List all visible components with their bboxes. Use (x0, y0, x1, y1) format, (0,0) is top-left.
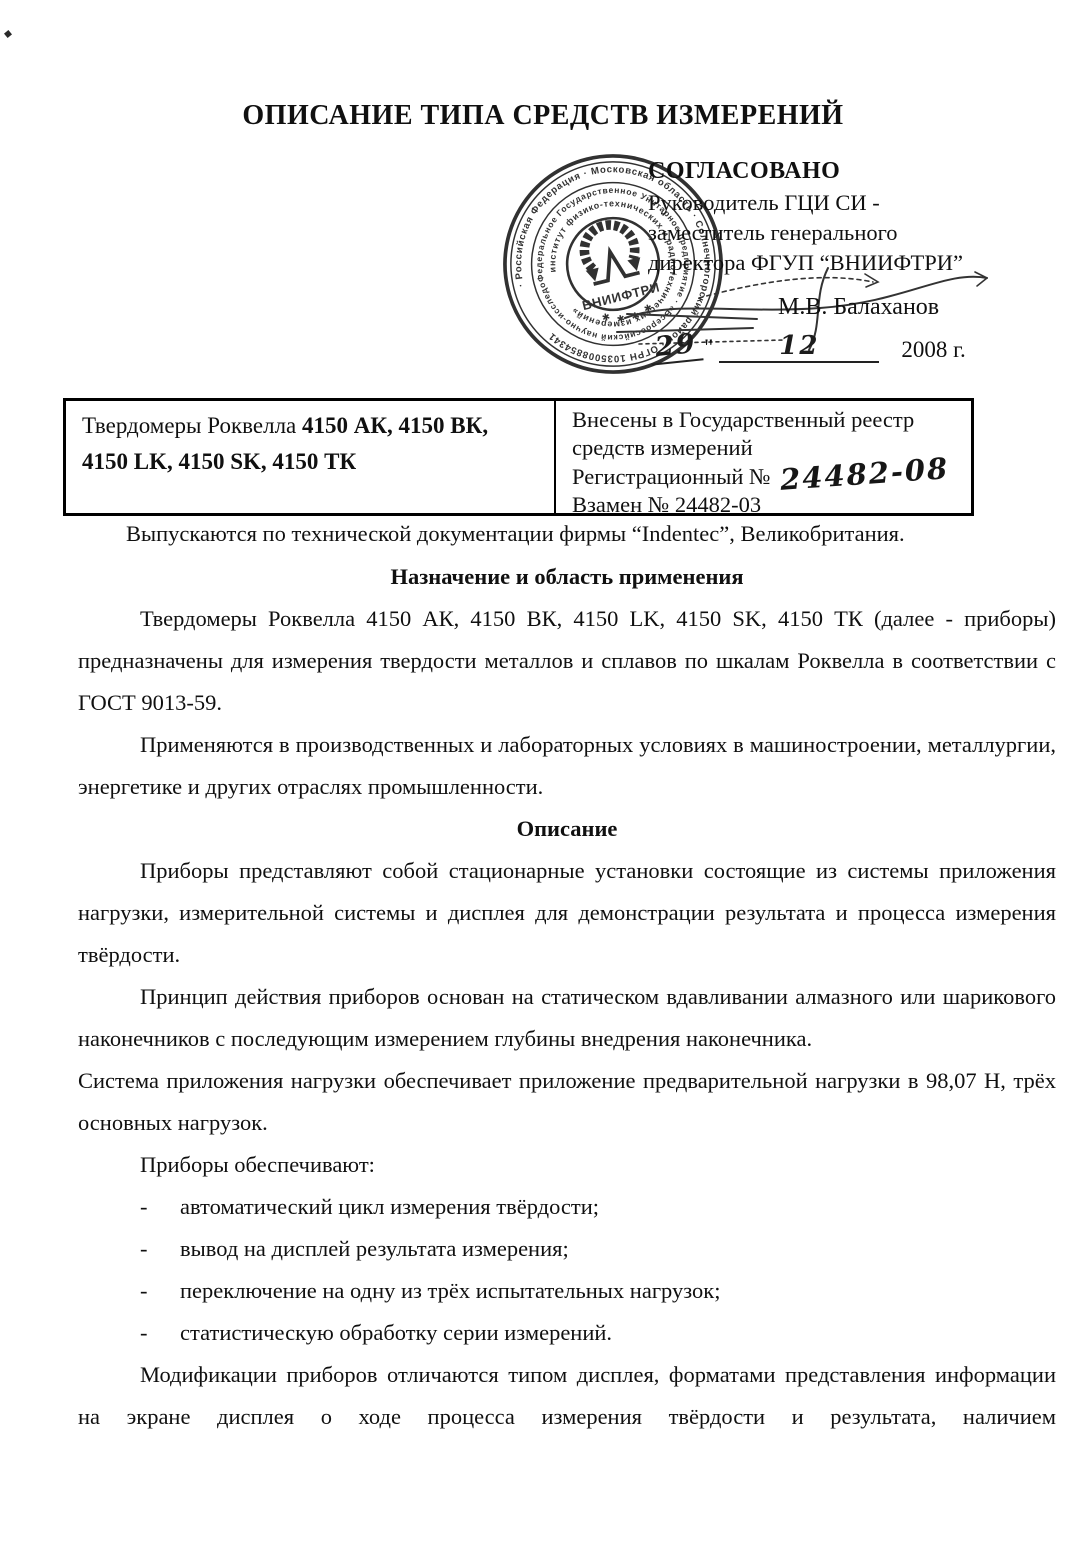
issued-by-line: Выпускаются по технической документации … (78, 521, 1058, 547)
date-month-handwritten: 12 (719, 331, 879, 363)
list-item-text: вывод на дисплей результата измерения; (180, 1228, 569, 1270)
registration-number-line: Регистрационный №24482-08 (572, 461, 967, 491)
list-dash: - (140, 1312, 180, 1354)
paragraph-purpose-1: Твердомеры Роквелла 4150 АК, 4150 ВК, 41… (78, 598, 1056, 724)
registry-info-cell: Внесены в Государственный реестр средств… (556, 401, 971, 513)
paragraph-provides-intro: Приборы обеспечивают: (78, 1144, 1056, 1186)
approval-date-line: 29 " 12 2008 г. (650, 330, 966, 363)
list-dash: - (140, 1270, 180, 1312)
date-day-handwritten: 29 (648, 327, 703, 365)
instrument-name-line1: Твердомеры Роквелла 4150 АК, 4150 ВК, (82, 408, 544, 444)
paragraph-description-3: Система приложения нагрузки обеспечивает… (78, 1060, 1056, 1144)
signer-name: М.В. Балаханов (778, 294, 939, 321)
replaces-number-line: Взамен № 24482-03 (572, 491, 967, 519)
paragraph-purpose-2: Применяются в производственных и лаборат… (78, 724, 1056, 808)
paragraph-modifications: Модификации приборов отличаются типом ди… (78, 1354, 1056, 1438)
list-item-text: автоматический цикл измерения твёрдости; (180, 1186, 599, 1228)
registration-number-handwritten: 24482-08 (780, 455, 951, 494)
registry-table: Твердомеры Роквелла 4150 АК, 4150 ВК, 41… (63, 398, 974, 516)
list-dash: - (140, 1186, 180, 1228)
document-body: Назначение и область применения Твердоме… (78, 556, 1056, 1438)
approval-block: СОГЛАСОВАНО Руководитель ГЦИ СИ - замест… (648, 156, 1068, 278)
list-item: - статистическую обработку серии измерен… (78, 1312, 1056, 1354)
list-item: - вывод на дисплей результата измерения; (78, 1228, 1056, 1270)
list-item: - переключение на одну из трёх испытател… (78, 1270, 1056, 1312)
approval-role-line: Руководитель ГЦИ СИ - (648, 188, 1068, 218)
registry-line: Внесены в Государственный реестр (572, 406, 967, 434)
scan-artifact-dot (4, 30, 12, 38)
list-item-text: статистическую обработку серии измерений… (180, 1312, 612, 1354)
list-item-text: переключение на одну из трёх испытательн… (180, 1270, 720, 1312)
section-heading-purpose: Назначение и область применения (78, 556, 1056, 598)
instrument-name-line2: 4150 LK, 4150 SK, 4150 ТК (82, 444, 544, 480)
instrument-name-cell: Твердомеры Роквелла 4150 АК, 4150 ВК, 41… (66, 401, 556, 513)
document-page: ОПИСАНИЕ ТИПА СРЕДСТВ ИЗМЕРЕНИЙ · Россий… (0, 0, 1086, 1560)
paragraph-description-1: Приборы представляют собой стационарные … (78, 850, 1056, 976)
stamp-star-icon: ✱ (601, 312, 611, 325)
approval-heading: СОГЛАСОВАНО (648, 156, 1068, 186)
approval-role-line: заместитель генерального (648, 218, 1068, 248)
date-quote-mark: " (704, 335, 713, 361)
list-dash: - (140, 1228, 180, 1270)
date-year: 2008 г. (901, 337, 965, 363)
section-heading-description: Описание (78, 808, 1056, 850)
paragraph-description-2: Принцип действия приборов основан на ста… (78, 976, 1056, 1060)
list-item: - автоматический цикл измерения твёрдост… (78, 1186, 1056, 1228)
page-title: ОПИСАНИЕ ТИПА СРЕДСТВ ИЗМЕРЕНИЙ (0, 100, 1086, 132)
